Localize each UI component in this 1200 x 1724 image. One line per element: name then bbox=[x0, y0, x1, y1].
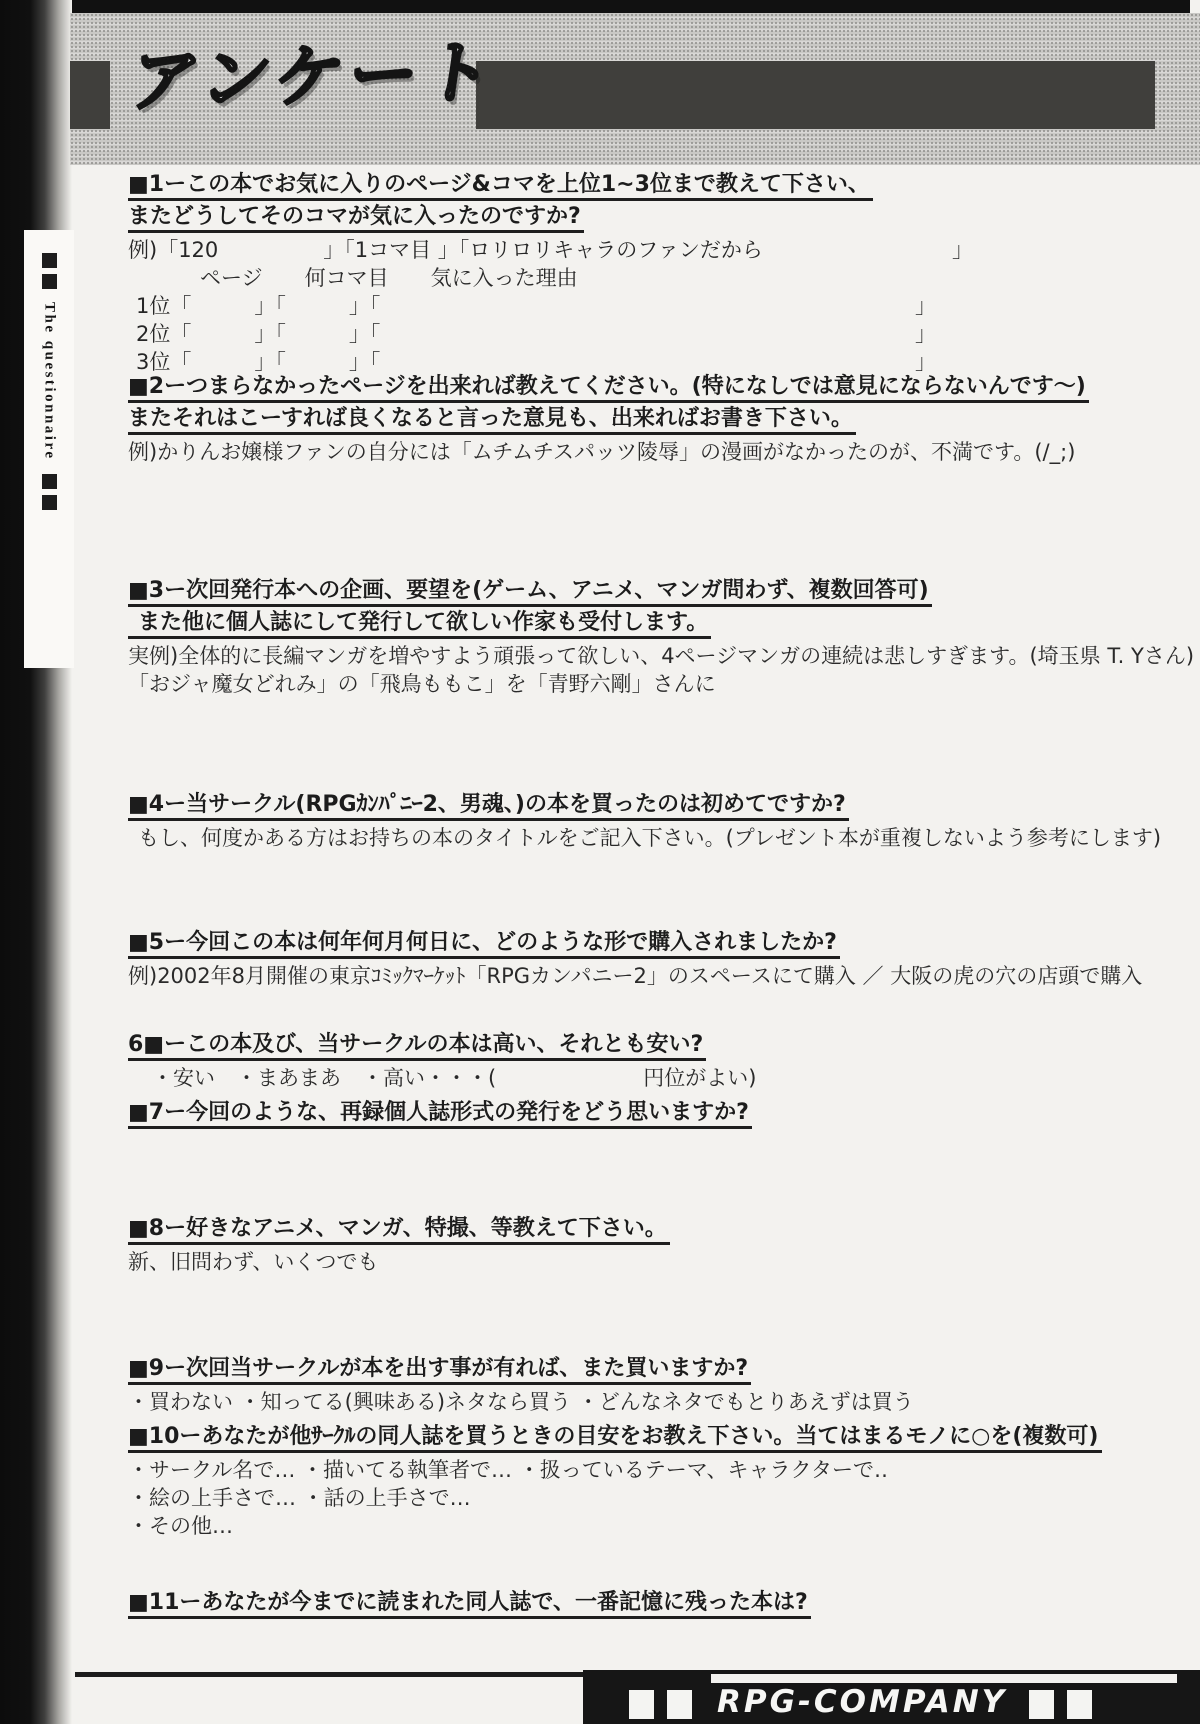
q1-rank3-close-bracket: 」 bbox=[915, 348, 936, 376]
square-decor bbox=[1067, 1690, 1092, 1719]
q11-heading-line1: ■11ーあなたが今までに読まれた同人誌で、一番記憶に残った本は? bbox=[128, 1590, 811, 1619]
q1-heading-line2: またどうしてそのコマが気に入ったのですか? bbox=[128, 204, 584, 233]
question-6: 6■ーこの本及び、当サークルの本は高い、それとも安い? ・安い ・まあまあ ・高… bbox=[128, 1032, 756, 1092]
question-4: ■4ー当サークル(RPGｶﾝﾊﾟﾆｰ2、男魂、)の本を買ったのは初めてですか? … bbox=[128, 792, 1161, 852]
q10-options-line2: ・絵の上手さで… ・話の上手さで… bbox=[128, 1484, 1102, 1512]
sidebar-vertical-label: The questionnaire bbox=[41, 302, 58, 461]
sidebar-panel: The questionnaire bbox=[24, 230, 74, 668]
question-8: ■8ー好きなアニメ、マンガ、特撮、等教えて下さい。 新、旧問わず、いくつでも bbox=[128, 1216, 670, 1276]
q3-heading-line2: また他に個人誌にして発行して欲しい作家も受付します。 bbox=[128, 610, 711, 639]
header-band-right bbox=[476, 61, 1155, 129]
square-decor bbox=[667, 1690, 692, 1719]
q2-heading-line2: またそれはこーすれば良くなると言った意見も、出来ればお書き下さい。 bbox=[128, 406, 856, 435]
q10-options-line1: ・サークル名で… ・描いてる執筆者で… ・扱っているテーマ、キャラクターで‥ bbox=[128, 1456, 1102, 1484]
q5-heading-line1: ■5ー今回この本は何年何月何日に、どのような形で購入されましたか? bbox=[128, 930, 840, 959]
q1-example-text: 例)「120 」「1コマ目 」「ロリロリキャラのファンだから bbox=[128, 236, 763, 264]
footer-white-stripe bbox=[711, 1674, 1177, 1683]
q1-rank-row-1: 1位「 」「 」「 」 bbox=[128, 292, 936, 320]
question-3: ■3ー次回発行本への企画、要望を(ゲーム、アニメ、マンガ問わず、複数回答可) ま… bbox=[128, 578, 1194, 698]
q10-heading-line1: ■10ーあなたが他ｻｰｸﾙの同人誌を買うときの目安をお教え下さい。当てはまるモノ… bbox=[128, 1424, 1102, 1453]
square-decor bbox=[629, 1690, 654, 1719]
square-decor bbox=[42, 495, 57, 510]
q3-example-line1: 実例)全体的に長編マンガを増やすよう頑張って欲しい、4ページマンガの連続は悲しす… bbox=[128, 642, 1194, 670]
question-11: ■11ーあなたが今までに読まれた同人誌で、一番記憶に残った本は? bbox=[128, 1590, 811, 1622]
page-title: アンケート bbox=[124, 18, 506, 125]
q6-options-text: ・安い ・まあまあ ・高い・・・( 円位がよい) bbox=[128, 1064, 756, 1092]
q1-rank1-cells: 1位「 」「 」「 bbox=[136, 292, 380, 320]
footer-bar: RPG-COMPANY bbox=[583, 1670, 1200, 1724]
q6-heading-line1: 6■ーこの本及び、当サークルの本は高い、それとも安い? bbox=[128, 1032, 706, 1061]
square-decor bbox=[42, 474, 57, 489]
q1-rank3-cells: 3位「 」「 」「 bbox=[136, 348, 380, 376]
q10-options-line3: ・その他… bbox=[128, 1512, 1102, 1540]
question-9: ■9ー次回当サークルが本を出す事が有れば、また買いますか? ・買わない ・知って… bbox=[128, 1356, 914, 1416]
header-band-left bbox=[70, 61, 110, 129]
footer-brand: RPG-COMPANY bbox=[717, 1684, 1007, 1720]
q1-example-close-bracket: 」 bbox=[952, 236, 973, 264]
q8-heading-line1: ■8ー好きなアニメ、マンガ、特撮、等教えて下さい。 bbox=[128, 1216, 670, 1245]
q2-heading-line1: ■2ーつまらなかったページを出来れば教えてください。(特になしでは意見にならない… bbox=[128, 374, 1089, 403]
question-1: ■1ーこの本でお気に入りのページ&コマを上位1~3位まで教えて下さい、 またどう… bbox=[128, 172, 973, 376]
q3-heading-line1: ■3ー次回発行本への企画、要望を(ゲーム、アニメ、マンガ問わず、複数回答可) bbox=[128, 578, 932, 607]
q8-note-text: 新、旧問わず、いくつでも bbox=[128, 1248, 670, 1276]
square-decor bbox=[42, 274, 57, 289]
top-edge-bar bbox=[0, 0, 1190, 13]
q4-note-text: もし、何度かある方はお持ちの本のタイトルをご記入下さい。(プレゼント本が重複しな… bbox=[128, 824, 1161, 852]
q1-rank2-cells: 2位「 」「 」「 bbox=[136, 320, 380, 348]
square-decor bbox=[42, 253, 57, 268]
question-10: ■10ーあなたが他ｻｰｸﾙの同人誌を買うときの目安をお教え下さい。当てはまるモノ… bbox=[128, 1424, 1102, 1540]
question-2: ■2ーつまらなかったページを出来れば教えてください。(特になしでは意見にならない… bbox=[128, 374, 1089, 466]
q1-rank2-close-bracket: 」 bbox=[915, 320, 936, 348]
q1-example-row: 例)「120 」「1コマ目 」「ロリロリキャラのファンだから 」 bbox=[128, 236, 973, 264]
question-7: ■7ー今回のような、再録個人誌形式の発行をどう思いますか? bbox=[128, 1100, 752, 1132]
header-banner: アンケート bbox=[70, 13, 1200, 165]
q1-rank-row-3: 3位「 」「 」「 」 bbox=[128, 348, 936, 376]
q3-example-line2: 「おジャ魔女どれみ」の「飛鳥ももこ」を「青野六剛」さんに bbox=[128, 670, 1194, 698]
q1-column-labels: ページ 何コマ目 気に入った理由 bbox=[128, 264, 973, 292]
footer-rule bbox=[75, 1672, 590, 1677]
q9-heading-line1: ■9ー次回当サークルが本を出す事が有れば、また買いますか? bbox=[128, 1356, 751, 1385]
square-decor bbox=[1029, 1690, 1054, 1719]
q4-heading-line1: ■4ー当サークル(RPGｶﾝﾊﾟﾆｰ2、男魂、)の本を買ったのは初めてですか? bbox=[128, 792, 849, 821]
q7-heading-line1: ■7ー今回のような、再録個人誌形式の発行をどう思いますか? bbox=[128, 1100, 752, 1129]
q5-example-text: 例)2002年8月開催の東京ｺﾐｯｸﾏｰｹｯﾄ「RPGカンパニー2」のスペースに… bbox=[128, 962, 1142, 990]
q1-rank1-close-bracket: 」 bbox=[915, 292, 936, 320]
q1-heading-line1: ■1ーこの本でお気に入りのページ&コマを上位1~3位まで教えて下さい、 bbox=[128, 172, 873, 201]
q1-rank-row-2: 2位「 」「 」「 」 bbox=[128, 320, 936, 348]
question-5: ■5ー今回この本は何年何月何日に、どのような形で購入されましたか? 例)2002… bbox=[128, 930, 1142, 990]
questionnaire-page: The questionnaire アンケート ■1ーこの本でお気に入りのページ… bbox=[0, 0, 1200, 1724]
q9-options-text: ・買わない ・知ってる(興味ある)ネタなら買う ・どんなネタでもとりあえずは買う bbox=[128, 1388, 914, 1416]
q2-example-text: 例)かりんお嬢様ファンの自分には「ムチムチスパッツ陵辱」の漫画がなかったのが、不… bbox=[128, 438, 1089, 466]
